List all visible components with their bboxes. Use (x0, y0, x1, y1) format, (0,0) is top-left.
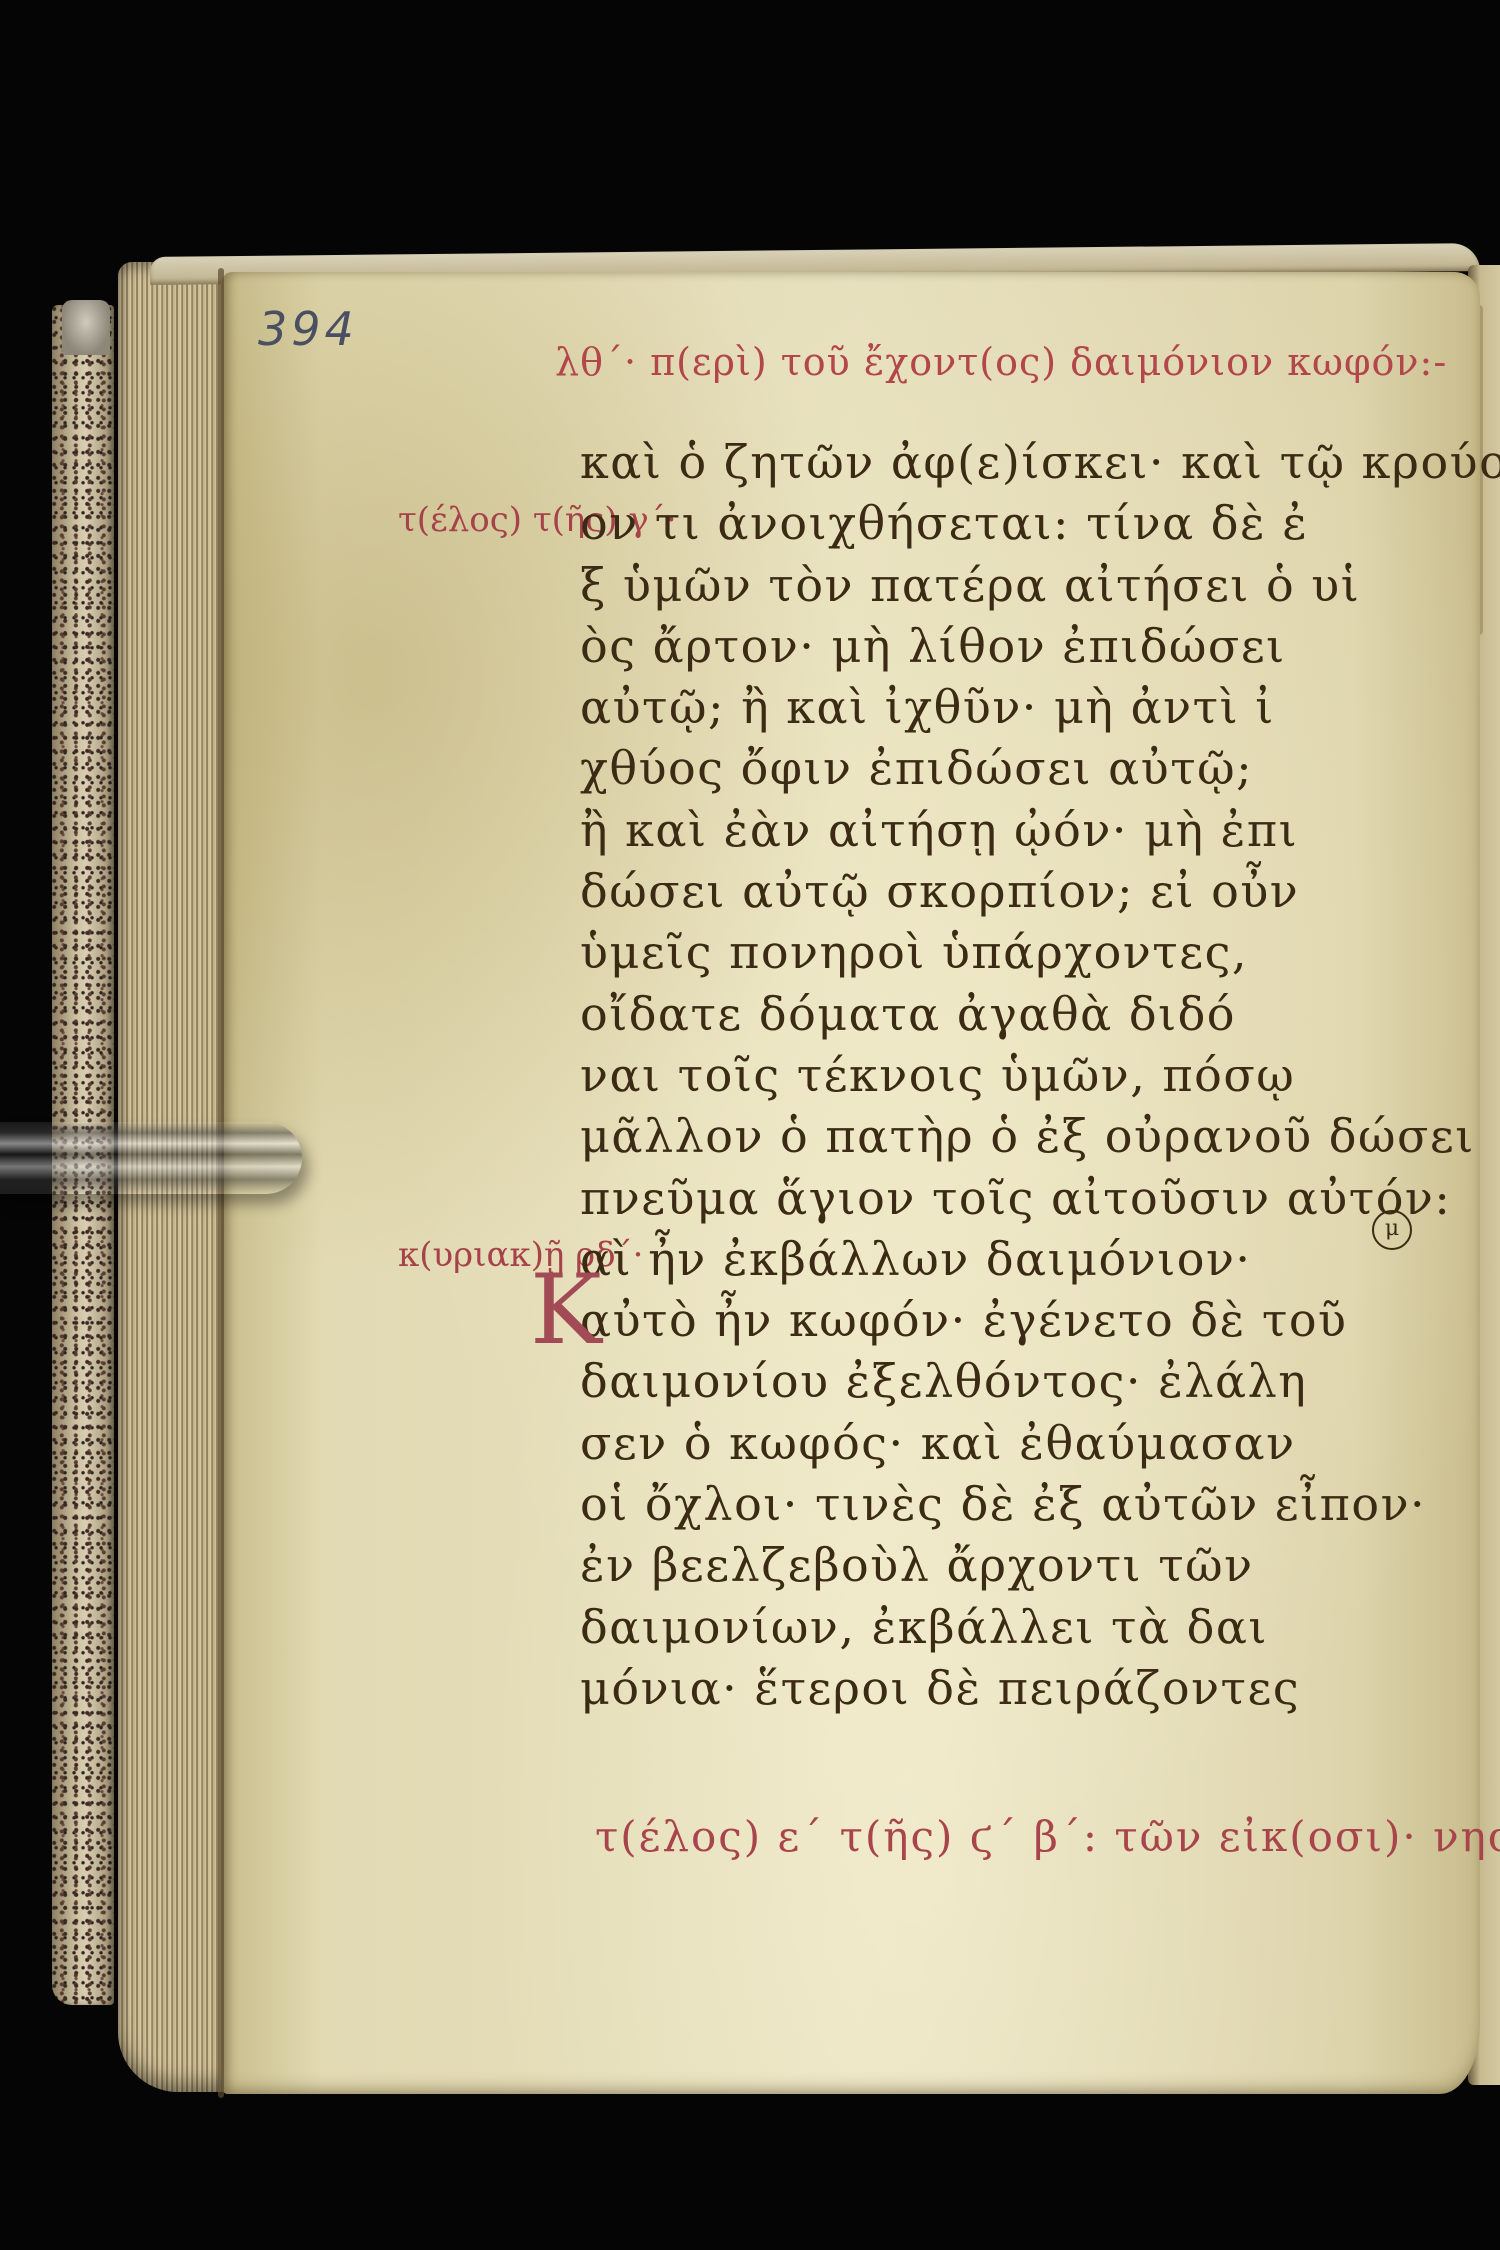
body-line: ξ ὑμῶν τὸν πατέρα αἰτήσει ὁ υἱ (580, 555, 1410, 616)
body-line: αὐτὸ ἦν κωφόν· ἐγένετο δὲ τοῦ (580, 1290, 1410, 1351)
body-line: καὶ ὁ ζητῶν ἀφ(ε)ίσκει· καὶ τῷ κρούοντι … (580, 432, 1410, 493)
body-line: δαιμονίου ἐξελθόντος· ἐλάλη (580, 1351, 1410, 1412)
body-line: ἢ καὶ ἐὰν αἰτήσῃ ᾠόν· μὴ ἐπι (580, 800, 1410, 861)
body-line: σεν ὁ κωφός· καὶ ἐθαύμασαν (580, 1413, 1410, 1474)
body-line: οἱ ὄχλοι· τινὲς δὲ ἐξ αὐτῶν εἶπον· (580, 1474, 1410, 1535)
body-line: ὑμεῖς πονηροὶ ὑπάρχοντες, (580, 922, 1410, 983)
decorated-initial: Κ (530, 1262, 602, 1358)
footer-rubric: τ(έλος) ε΄ τ(ῆς) ϛ΄ β΄: τῶν εἰκ(οσι)· νη… (595, 1812, 1455, 1861)
body-line: πνεῦμα ἅγιον τοῖς αἰτοῦσιν αὐτόν: (580, 1168, 1410, 1229)
body-line: ναι τοῖς τέκνοις ὑμῶν, πόσῳ (580, 1045, 1410, 1106)
body-line: ἐν βεελζεβοὺλ ἄρχοντι τῶν (580, 1535, 1410, 1596)
body-line: μᾶλλον ὁ πατὴρ ὁ ἐξ οὐρανοῦ δώσει (580, 1106, 1410, 1167)
manuscript-scene: 394 λθ΄· π(ερὶ) τοῦ ἔχοντ(ος) δαιμόνιον … (0, 0, 1500, 2250)
rubric-heading: λθ΄· π(ερὶ) τοῦ ἔχοντ(ος) δαιμόνιον κωφό… (555, 340, 1415, 384)
body-line: χθύος ὄφιν ἐπιδώσει αὐτῷ; (580, 738, 1410, 799)
body-line: αὶ ἦν ἐκβάλλων δαιμόνιον· (580, 1229, 1410, 1290)
acrylic-rod-clip (0, 1122, 302, 1194)
body-line: ον τι ἀνοιχθήσεται: τίνα δὲ ἐ (580, 493, 1410, 554)
lection-marker-circle: μ (1372, 1210, 1412, 1250)
body-line: αὐτῷ; ἢ καὶ ἰχθῦν· μὴ ἀντὶ ἰ (580, 677, 1410, 738)
body-line: οἴδατε δόματα ἀγαθὰ διδό (580, 984, 1410, 1045)
folio-number: 394 (258, 302, 358, 356)
cover-corner (62, 300, 110, 355)
body-line: μόνια· ἕτεροι δὲ πειράζοντες (580, 1658, 1410, 1719)
body-line: δώσει αὐτῷ σκορπίον; εἰ οὖν (580, 861, 1410, 922)
body-line: δαιμονίων, ἐκβάλλει τὰ δαι (580, 1597, 1410, 1658)
body-text-block: καὶ ὁ ζητῶν ἀφ(ε)ίσκει· καὶ τῷ κρούοντι … (580, 432, 1410, 1719)
body-line: ὸς ἄρτον· μὴ λίθον ἐπιδώσει (580, 616, 1410, 677)
